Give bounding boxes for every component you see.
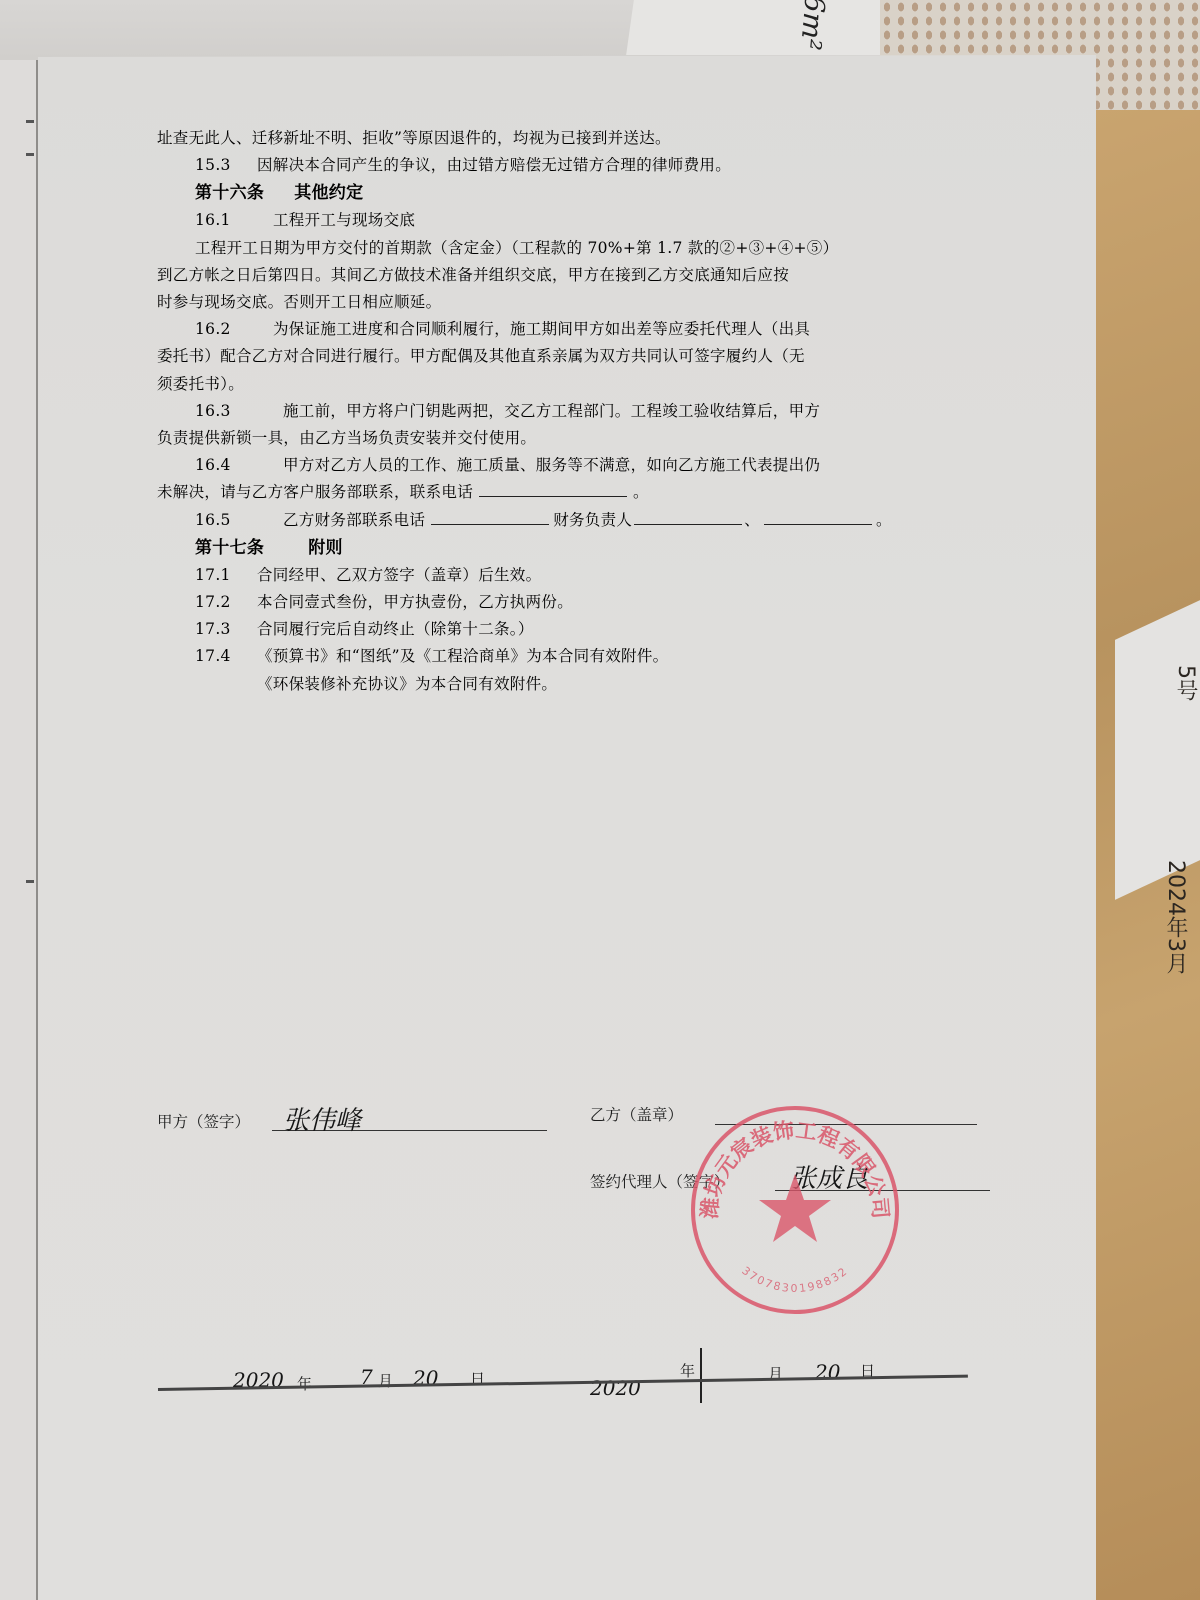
clause-16-3: 16.3施工前，甲方将户门钥匙两把，交乙方工程部门。工程竣工验收结算后，甲方: [157, 398, 947, 425]
clause-text: 《预算书》和“图纸”及《工程洽商单》为本合同有效附件。: [257, 647, 668, 665]
clause-number: 15.3: [195, 152, 257, 179]
clause-number: 16.4: [195, 452, 283, 479]
clause-17-4: 17.4《预算书》和“图纸”及《工程洽商单》为本合同有效附件。: [157, 643, 947, 670]
envelope-writing: 2024年3月: [1160, 860, 1191, 974]
note-scribble: 6m²: [794, 0, 832, 52]
clause-number: 17.4: [195, 643, 257, 670]
clause-text: 为保证施工进度和合同顺利履行，施工期间甲方如出差等应委托代理人（出具: [273, 320, 810, 338]
date-a-year-label: 年: [297, 1373, 312, 1394]
party-a-signature: 张伟峰: [283, 1100, 361, 1137]
text-line: 址查无此人、迁移新址不明、拒收”等原因退件的，均视为已接到并送达。: [157, 125, 947, 152]
clause-number: 16.2: [195, 316, 273, 343]
party-b-label: 乙方（盖章）: [590, 1103, 683, 1125]
punctuation: 。: [876, 511, 892, 529]
text-line: 负责提供新锁一具，由乙方当场负责安装并交付使用。: [157, 425, 947, 452]
background-note: [626, 0, 904, 55]
clause-16-1: 16.1工程开工与现场交底: [157, 207, 947, 234]
article-17-heading: 第十七条附则: [157, 534, 947, 562]
clause-17-3: 17.3合同履行完后自动终止（除第十二条。）: [157, 616, 947, 643]
clause-16-4: 16.4甲方对乙方人员的工作、施工质量、服务等不满意，如向乙方施工代表提出仍: [157, 452, 947, 479]
separator: 、: [744, 511, 760, 529]
article-number: 第十六条: [195, 183, 264, 203]
finance-person-1-field[interactable]: [634, 508, 742, 525]
date-a-day-label: 日: [470, 1368, 485, 1389]
text-line: 委托书）配合乙方对合同进行履行。甲方配偶及其他直系亲属为双方共同认可签字履约人（…: [157, 343, 947, 370]
party-a-label: 甲方（签字）: [157, 1110, 250, 1132]
clause-15-3: 15.3因解决本合同产生的争议，由过错方赔偿无过错方合理的律师费用。: [157, 152, 947, 179]
date-a-month-label: 月: [378, 1370, 393, 1391]
date-b-year-label: 年: [680, 1360, 695, 1381]
seal-code: 3707830198832: [739, 1264, 850, 1295]
staple: [26, 880, 34, 883]
clause-text: 因解决本合同产生的争议，由过错方赔偿无过错方合理的律师费用。: [257, 156, 731, 174]
article-title: 其他约定: [294, 183, 363, 203]
clause-text: 乙方财务部联系电话: [283, 511, 425, 529]
clause-17-1: 17.1合同经甲、乙双方签字（盖章）后生效。: [157, 562, 947, 589]
customer-service-phone-field[interactable]: [479, 480, 627, 497]
clause-number: 17.1: [195, 562, 257, 589]
clause-text: 甲方对乙方人员的工作、施工质量、服务等不满意，如向乙方施工代表提出仍: [283, 456, 820, 474]
clause-17-4-extra: 《环保装修补充协议》为本合同有效附件。: [157, 671, 947, 698]
clause-17-2: 17.2本合同壹式叁份，甲方执壹份，乙方执两份。: [157, 589, 947, 616]
date-b-day: 20: [815, 1360, 840, 1384]
date-b-month-stroke: [700, 1348, 702, 1403]
clause-text: 合同经甲、乙双方签字（盖章）后生效。: [257, 566, 541, 584]
text-line: 时参与现场交底。否则开工日相应顺延。: [157, 289, 947, 316]
clause-number: 17.2: [195, 589, 257, 616]
staple: [26, 120, 34, 123]
text-line: 未解决，请与乙方客户服务部联系，联系电话: [157, 483, 473, 501]
clause-title: 工程开工与现场交底: [273, 211, 415, 229]
staple: [26, 153, 34, 156]
clause-text: 财务负责人: [553, 511, 632, 529]
clause-16-5: 16.5乙方财务部联系电话财务负责人、。: [157, 507, 947, 534]
background-slip: [1115, 600, 1200, 900]
company-seal-icon: 潍坊元宸装饰工程有限公司 3707830198832: [685, 1100, 905, 1320]
text-line: 工程开工日期为甲方交付的首期款（含定金）（工程款的 70%+第 1.7 款的②+…: [157, 235, 947, 262]
finance-person-2-field[interactable]: [764, 508, 872, 525]
text-line: 到乙方帐之日后第四日。其间乙方做技术准备并组织交底，甲方在接到乙方交底通知后应按: [157, 262, 947, 289]
article-title: 附则: [308, 538, 343, 558]
svg-text:3707830198832: 3707830198832: [739, 1264, 850, 1295]
clause-number: 16.3: [195, 398, 283, 425]
clause-16-2: 16.2为保证施工进度和合同顺利履行，施工期间甲方如出差等应委托代理人（出具: [157, 316, 947, 343]
clause-number: 16.1: [195, 207, 273, 234]
clause-text: 本合同壹式叁份，甲方执壹份，乙方执两份。: [257, 593, 573, 611]
clause-number: 16.5: [195, 507, 283, 534]
previous-page-edge: [0, 60, 38, 1600]
punctuation: 。: [633, 483, 649, 501]
text-line: 须委托书）。: [157, 371, 947, 398]
clause-16-4-contact: 未解决，请与乙方客户服务部联系，联系电话。: [157, 479, 947, 506]
contract-body: 址查无此人、迁移新址不明、拒收”等原因退件的，均视为已接到并送达。 15.3因解…: [157, 125, 947, 698]
envelope-writing: 5号: [1170, 665, 1200, 701]
clause-text: 合同履行完后自动终止（除第十二条。）: [257, 620, 534, 638]
article-16-heading: 第十六条其他约定: [157, 179, 947, 207]
clause-number: 17.3: [195, 616, 257, 643]
finance-phone-field[interactable]: [431, 508, 549, 525]
clause-text: 施工前，甲方将户门钥匙两把，交乙方工程部门。工程竣工验收结算后，甲方: [283, 402, 820, 420]
article-number: 第十七条: [195, 538, 264, 558]
